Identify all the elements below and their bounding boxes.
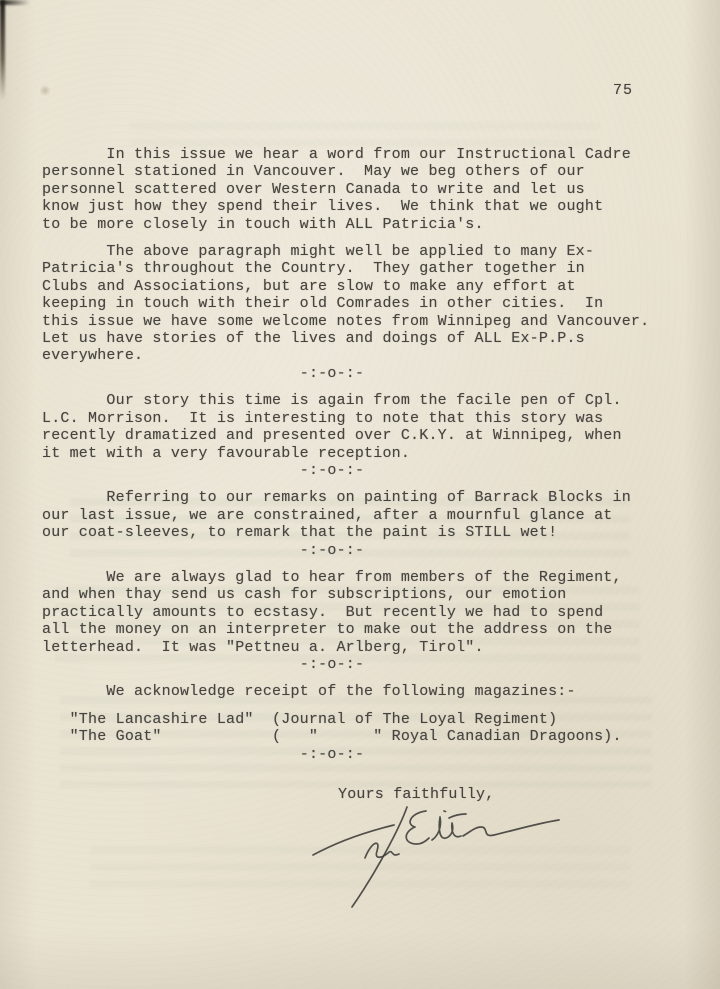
section-divider: -:-o-:-	[42, 542, 622, 559]
text-line: our last issue, we are constrained, afte…	[42, 507, 658, 524]
editor-signature-handwriting	[303, 794, 565, 912]
paragraph: We are always glad to hear from members …	[42, 569, 658, 673]
text-line: to be more closely in touch with ALL Pat…	[42, 216, 658, 233]
text-line: In this issue we hear a word from our In…	[42, 146, 658, 163]
text-line: all the money on an interpreter to make …	[42, 621, 658, 638]
text-line: everywhere.	[42, 347, 658, 364]
text-line: keeping in touch with their old Comrades…	[42, 295, 658, 312]
paragraph: "The Lancashire Lad" (Journal of The Loy…	[42, 711, 658, 763]
document-body: In this issue we hear a word from our In…	[42, 146, 658, 763]
text-line: recently dramatized and presented over C…	[42, 427, 658, 444]
text-line: Patricia's throughout the Country. They …	[42, 260, 658, 277]
text-line: personnel stationed in Vancouver. May we…	[42, 163, 658, 180]
text-line: Clubs and Associations, but are slow to …	[42, 278, 658, 295]
scanned-page: 75 In this issue we hear a word from our…	[0, 0, 720, 989]
text-line: know just how they spend their lives. We…	[42, 198, 658, 215]
text-line: "The Lancashire Lad" (Journal of The Loy…	[42, 711, 658, 728]
text-line: "The Goat" ( " " Royal Canadian Dragoons…	[42, 728, 658, 745]
section-divider: -:-o-:-	[42, 462, 622, 479]
paper-stain	[39, 85, 51, 96]
text-line: Our story this time is again from the fa…	[42, 392, 658, 409]
paragraph: Our story this time is again from the fa…	[42, 392, 658, 479]
text-line: We are always glad to hear from members …	[42, 569, 658, 586]
text-line: We acknowledge receipt of the following …	[42, 683, 658, 700]
paragraph: In this issue we hear a word from our In…	[42, 146, 658, 233]
paragraph: Referring to our remarks on painting of …	[42, 489, 658, 559]
text-line: The above paragraph might well be applie…	[42, 243, 658, 260]
text-line: practically amounts to ecstasy. But rece…	[42, 604, 658, 621]
text-line: this issue we have some welcome notes fr…	[42, 313, 658, 330]
paragraph: We acknowledge receipt of the following …	[42, 683, 658, 700]
text-line: letterhead. It was "Pettneu a. Arlberg, …	[42, 639, 658, 656]
text-line: and when thay send us cash for subscript…	[42, 586, 658, 603]
text-line: L.C. Morrison. It is interesting to note…	[42, 410, 658, 427]
text-line: Referring to our remarks on painting of …	[42, 489, 658, 506]
section-divider: -:-o-:-	[42, 365, 622, 382]
page-edge-shadow	[0, 0, 5, 100]
paragraph: The above paragraph might well be applie…	[42, 243, 658, 382]
text-line: Let us have stories of the lives and doi…	[42, 330, 658, 347]
text-line: our coat-sleeves, to remark that the pai…	[42, 524, 658, 541]
page-number: 75	[613, 82, 633, 99]
page-edge-shadow	[0, 0, 30, 5]
text-line: it met with a very favourable reception.	[42, 445, 658, 462]
section-divider: -:-o-:-	[42, 746, 622, 763]
text-line: personnel scattered over Western Canada …	[42, 181, 658, 198]
section-divider: -:-o-:-	[42, 656, 622, 673]
